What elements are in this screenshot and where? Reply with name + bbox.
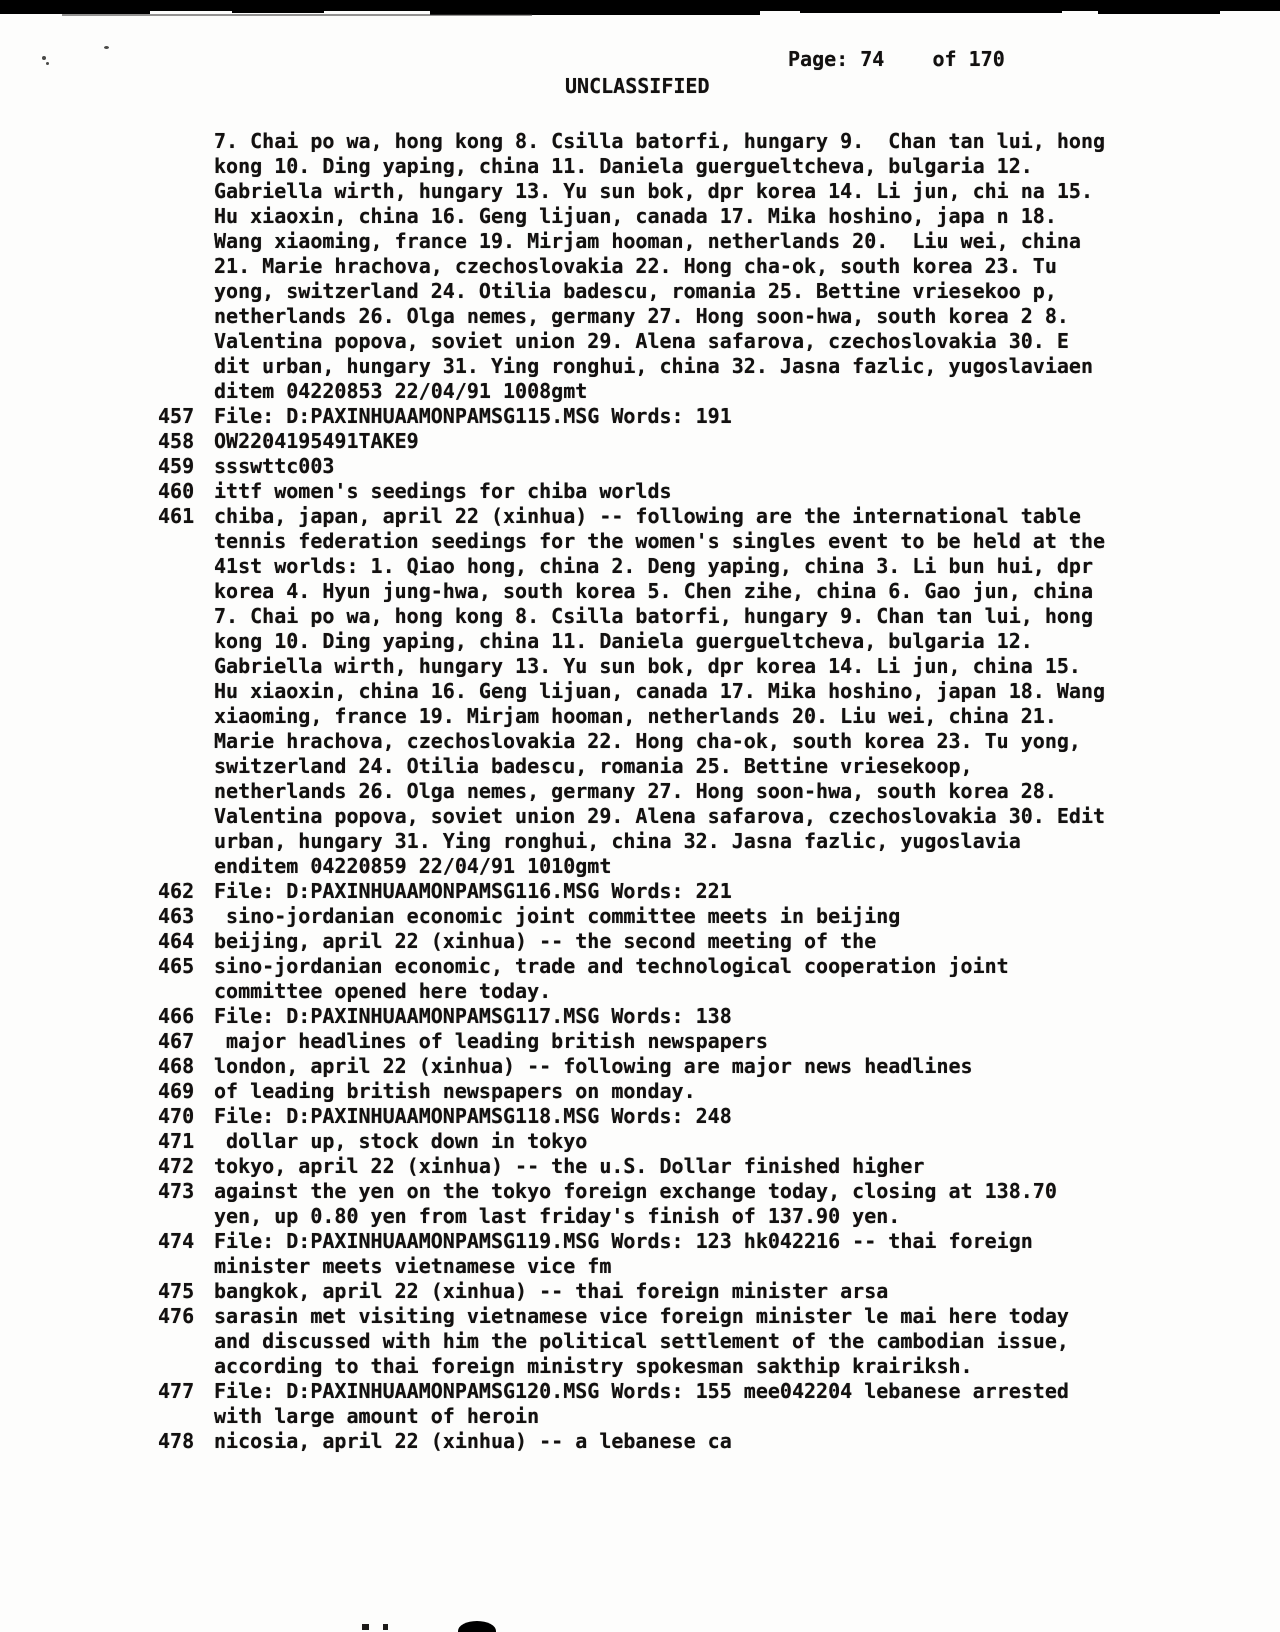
ink-speck (42, 56, 46, 60)
line-number: 458 (158, 429, 214, 454)
line-number: 463 (158, 904, 214, 929)
bottom-scan-mark (383, 1624, 388, 1630)
text-line: chiba, japan, april 22 (xinhua) -- follo… (214, 504, 1218, 529)
text-line: 41st worlds: 1. Qiao hong, china 2. Deng… (214, 554, 1218, 579)
doc-row: 468london, april 22 (xinhua) -- followin… (158, 1054, 1218, 1079)
line-number (158, 129, 214, 154)
doc-rows: 7. Chai po wa, hong kong 8. Csilla bator… (158, 129, 1218, 1454)
doc-row: 458OW2204195491TAKE9 (158, 429, 1218, 454)
top-scan-bar-ragged-edge (1098, 11, 1220, 14)
text-line: minister meets vietnamese vice fm (214, 1254, 1218, 1279)
doc-row: 462File: D:PAXINHUAAMONPAMSG116.MSG Word… (158, 879, 1218, 904)
line-text-block: File: D:PAXINHUAAMONPAMSG117.MSG Words: … (214, 1004, 1218, 1029)
text-line: urban, hungary 31. Ying ronghui, china 3… (214, 829, 1218, 854)
text-line: with large amount of heroin (214, 1404, 1218, 1429)
text-line: switzerland 24. Otilia badescu, romania … (214, 754, 1218, 779)
line-text-block: tokyo, april 22 (xinhua) -- the u.S. Dol… (214, 1154, 1218, 1179)
doc-row: 473against the yen on the tokyo foreign … (158, 1179, 1218, 1229)
text-line: dit urban, hungary 31. Ying ronghui, chi… (214, 354, 1218, 379)
doc-row: 466File: D:PAXINHUAAMONPAMSG117.MSG Word… (158, 1004, 1218, 1029)
text-line: kong 10. Ding yaping, china 11. Daniela … (214, 154, 1218, 179)
line-number: 473 (158, 1179, 214, 1204)
text-line: sino-jordanian economic, trade and techn… (214, 954, 1218, 979)
doc-row: 465sino-jordanian economic, trade and te… (158, 954, 1218, 1004)
line-number: 477 (158, 1379, 214, 1404)
text-line: tokyo, april 22 (xinhua) -- the u.S. Dol… (214, 1154, 1218, 1179)
top-scan-bar-ragged-edge (0, 11, 150, 14)
text-line: sarasin met visiting vietnamese vice for… (214, 1304, 1218, 1329)
ink-speck (104, 46, 109, 49)
text-line: enditem 04220859 22/04/91 1010gmt (214, 854, 1218, 879)
doc-row: 478nicosia, april 22 (xinhua) -- a leban… (158, 1429, 1218, 1454)
top-scan-bar-ragged-edge (800, 11, 1062, 13)
text-line: Valentina popova, soviet union 29. Alena… (214, 329, 1218, 354)
top-scan-bar-ragged-edge (430, 11, 760, 15)
line-number: 475 (158, 1279, 214, 1304)
line-text-block: against the yen on the tokyo foreign exc… (214, 1179, 1218, 1229)
text-line: against the yen on the tokyo foreign exc… (214, 1179, 1218, 1204)
text-line: Gabriella wirth, hungary 13. Yu sun bok,… (214, 179, 1218, 204)
text-line: File: D:PAXINHUAAMONPAMSG115.MSG Words: … (214, 404, 1218, 429)
line-number: 462 (158, 879, 214, 904)
text-line: bangkok, april 22 (xinhua) -- thai forei… (214, 1279, 1218, 1304)
text-line: File: D:PAXINHUAAMONPAMSG117.MSG Words: … (214, 1004, 1218, 1029)
text-line: dollar up, stock down in tokyo (214, 1129, 1218, 1154)
text-line: File: D:PAXINHUAAMONPAMSG119.MSG Words: … (214, 1229, 1218, 1254)
text-line: nicosia, april 22 (xinhua) -- a lebanese… (214, 1429, 1218, 1454)
line-text-block: File: D:PAXINHUAAMONPAMSG120.MSG Words: … (214, 1379, 1218, 1429)
text-line: Marie hrachova, czechoslovakia 22. Hong … (214, 729, 1218, 754)
doc-row: 470File: D:PAXINHUAAMONPAMSG118.MSG Word… (158, 1104, 1218, 1129)
line-number: 461 (158, 504, 214, 529)
text-line: london, april 22 (xinhua) -- following a… (214, 1054, 1218, 1079)
scanned-document-page: Page: 74 of 170 UNCLASSIFIED 7. Chai po … (0, 0, 1280, 1632)
line-text-block: sino-jordanian economic joint committee … (214, 904, 1218, 929)
line-number: 459 (158, 454, 214, 479)
top-scan-smudge-line (62, 14, 532, 16)
text-line: ittf women's seedings for chiba worlds (214, 479, 1218, 504)
text-line: sino-jordanian economic joint committee … (214, 904, 1218, 929)
text-line: yong, switzerland 24. Otilia badescu, ro… (214, 279, 1218, 304)
text-line: xiaoming, france 19. Mirjam hooman, neth… (214, 704, 1218, 729)
line-number: 470 (158, 1104, 214, 1129)
text-line: committee opened here today. (214, 979, 1218, 1004)
doc-row: 460ittf women's seedings for chiba world… (158, 479, 1218, 504)
ink-speck (46, 62, 49, 65)
doc-row: 476sarasin met visiting vietnamese vice … (158, 1304, 1218, 1379)
text-line: tennis federation seedings for the women… (214, 529, 1218, 554)
text-line: 7. Chai po wa, hong kong 8. Csilla bator… (214, 604, 1218, 629)
line-number: 466 (158, 1004, 214, 1029)
text-line: and discussed with him the political set… (214, 1329, 1218, 1354)
text-line: Hu xiaoxin, china 16. Geng lijuan, canad… (214, 679, 1218, 704)
doc-row: 457File: D:PAXINHUAAMONPAMSG115.MSG Word… (158, 404, 1218, 429)
line-number: 474 (158, 1229, 214, 1254)
top-scan-bar-ragged-edge (232, 11, 324, 13)
text-line: netherlands 26. Olga nemes, germany 27. … (214, 304, 1218, 329)
line-text-block: of leading british newspapers on monday. (214, 1079, 1218, 1104)
page-number-label: Page: 74 of 170 (788, 47, 1005, 72)
line-number: 471 (158, 1129, 214, 1154)
line-text-block: ittf women's seedings for chiba worlds (214, 479, 1218, 504)
text-line: ssswttc003 (214, 454, 1218, 479)
bottom-scan-blob (458, 1621, 496, 1632)
line-text-block: File: D:PAXINHUAAMONPAMSG116.MSG Words: … (214, 879, 1218, 904)
doc-row: 469of leading british newspapers on mond… (158, 1079, 1218, 1104)
text-line: of leading british newspapers on monday. (214, 1079, 1218, 1104)
bottom-scan-mark (362, 1624, 369, 1630)
line-text-block: dollar up, stock down in tokyo (214, 1129, 1218, 1154)
text-line: OW2204195491TAKE9 (214, 429, 1218, 454)
doc-row: 464beijing, april 22 (xinhua) -- the sec… (158, 929, 1218, 954)
line-text-block: 7. Chai po wa, hong kong 8. Csilla bator… (214, 129, 1218, 404)
line-number: 465 (158, 954, 214, 979)
text-line: korea 4. Hyun jung-hwa, south korea 5. C… (214, 579, 1218, 604)
text-line: File: D:PAXINHUAAMONPAMSG120.MSG Words: … (214, 1379, 1218, 1404)
doc-row: 463 sino-jordanian economic joint commit… (158, 904, 1218, 929)
doc-row: 467 major headlines of leading british n… (158, 1029, 1218, 1054)
text-line: 7. Chai po wa, hong kong 8. Csilla bator… (214, 129, 1218, 154)
text-line: Hu xiaoxin, china 16. Geng lijuan, canad… (214, 204, 1218, 229)
text-line: File: D:PAXINHUAAMONPAMSG116.MSG Words: … (214, 879, 1218, 904)
line-number: 469 (158, 1079, 214, 1104)
doc-row: 7. Chai po wa, hong kong 8. Csilla bator… (158, 129, 1218, 404)
doc-row: 474File: D:PAXINHUAAMONPAMSG119.MSG Word… (158, 1229, 1218, 1279)
line-text-block: nicosia, april 22 (xinhua) -- a lebanese… (214, 1429, 1218, 1454)
classification-marking: UNCLASSIFIED (565, 74, 710, 99)
line-text-block: chiba, japan, april 22 (xinhua) -- follo… (214, 504, 1218, 879)
line-number: 468 (158, 1054, 214, 1079)
text-line: kong 10. Ding yaping, china 11. Daniela … (214, 629, 1218, 654)
line-text-block: File: D:PAXINHUAAMONPAMSG115.MSG Words: … (214, 404, 1218, 429)
line-number: 457 (158, 404, 214, 429)
doc-row: 459ssswttc003 (158, 454, 1218, 479)
doc-row: 461chiba, japan, april 22 (xinhua) -- fo… (158, 504, 1218, 879)
text-line: beijing, april 22 (xinhua) -- the second… (214, 929, 1218, 954)
text-line: File: D:PAXINHUAAMONPAMSG118.MSG Words: … (214, 1104, 1218, 1129)
line-text-block: london, april 22 (xinhua) -- following a… (214, 1054, 1218, 1079)
doc-row: 471 dollar up, stock down in tokyo (158, 1129, 1218, 1154)
line-text-block: ssswttc003 (214, 454, 1218, 479)
line-text-block: sino-jordanian economic, trade and techn… (214, 954, 1218, 1004)
line-number: 460 (158, 479, 214, 504)
line-number: 478 (158, 1429, 214, 1454)
text-line: Wang xiaoming, france 19. Mirjam hooman,… (214, 229, 1218, 254)
line-text-block: File: D:PAXINHUAAMONPAMSG118.MSG Words: … (214, 1104, 1218, 1129)
text-line: Valentina popova, soviet union 29. Alena… (214, 804, 1218, 829)
line-text-block: major headlines of leading british newsp… (214, 1029, 1218, 1054)
line-number: 464 (158, 929, 214, 954)
line-text-block: OW2204195491TAKE9 (214, 429, 1218, 454)
text-line: yen, up 0.80 yen from last friday's fini… (214, 1204, 1218, 1229)
top-scan-bar (0, 0, 1280, 11)
doc-row: 477File: D:PAXINHUAAMONPAMSG120.MSG Word… (158, 1379, 1218, 1429)
text-line: Gabriella wirth, hungary 13. Yu sun bok,… (214, 654, 1218, 679)
line-number: 472 (158, 1154, 214, 1179)
line-text-block: File: D:PAXINHUAAMONPAMSG119.MSG Words: … (214, 1229, 1218, 1279)
text-line: major headlines of leading british newsp… (214, 1029, 1218, 1054)
line-number: 467 (158, 1029, 214, 1054)
text-line: netherlands 26. Olga nemes, germany 27. … (214, 779, 1218, 804)
line-text-block: beijing, april 22 (xinhua) -- the second… (214, 929, 1218, 954)
text-line: 21. Marie hrachova, czechoslovakia 22. H… (214, 254, 1218, 279)
line-text-block: sarasin met visiting vietnamese vice for… (214, 1304, 1218, 1379)
doc-row: 475bangkok, april 22 (xinhua) -- thai fo… (158, 1279, 1218, 1304)
text-line: ditem 04220853 22/04/91 1008gmt (214, 379, 1218, 404)
doc-row: 472tokyo, april 22 (xinhua) -- the u.S. … (158, 1154, 1218, 1179)
text-line: according to thai foreign ministry spoke… (214, 1354, 1218, 1379)
line-number: 476 (158, 1304, 214, 1329)
line-text-block: bangkok, april 22 (xinhua) -- thai forei… (214, 1279, 1218, 1304)
